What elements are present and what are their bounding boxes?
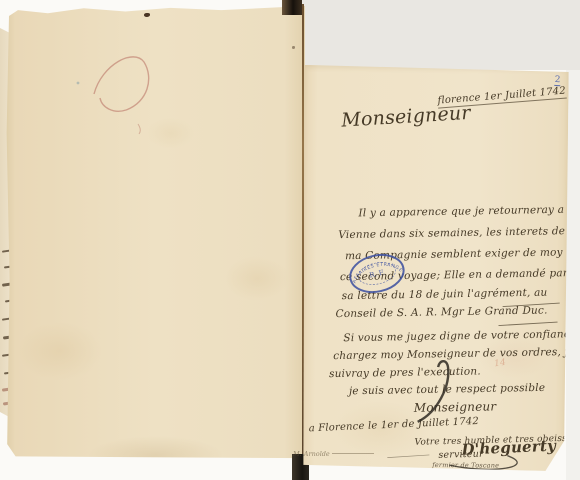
letter-line: suivray de pres l'execution.	[329, 365, 481, 380]
faint-bleed-mark: 14	[494, 358, 507, 369]
left-page-blank	[6, 6, 305, 460]
scanner-background-edge	[566, 70, 580, 480]
letter-page: 2 florence 1er Juillet 1742 Monseigneur …	[301, 65, 569, 471]
scanner-background	[301, 0, 580, 70]
letter-line: Vienne dans six semaines, les interets d…	[338, 225, 565, 241]
letter-line: je suis avec tout le respect possible	[349, 382, 545, 397]
archivist-annotation: M. Arnolde	[293, 450, 374, 458]
letter-line: Si vous me jugez digne de votre confianc…	[343, 328, 576, 344]
subscript-rule	[387, 455, 429, 458]
red-ink-bleed-curve	[94, 57, 149, 111]
signature: D'heguerty	[461, 437, 556, 459]
stamp-center-text: R. F.	[369, 268, 386, 279]
red-ink-bleed-tail	[138, 124, 140, 134]
place-date-line: a Florence le 1er de Juillet 1742	[308, 416, 479, 434]
letter-line-closing-monseigneur: Monseigneur	[414, 399, 497, 414]
salutation: Monseigneur	[341, 102, 471, 132]
document-scan: 2 florence 1er Juillet 1742 Monseigneur …	[0, 0, 580, 480]
letter-line: Il y a apparence que je retourneray a	[358, 204, 564, 220]
letter-line: chargez moy Monseigneur de vos ordres, j…	[333, 346, 580, 362]
trailing-rule	[499, 322, 558, 327]
blue-speck	[77, 82, 80, 85]
folio-number: 2	[554, 75, 561, 86]
left-page-stain-overlay	[6, 6, 305, 460]
binding-strip-top	[282, 0, 302, 15]
letter-line: Conseil de S. A. R. Mgr Le Grand Duc.	[335, 304, 547, 320]
signature-subscript: fermier de Toscane	[432, 461, 499, 470]
